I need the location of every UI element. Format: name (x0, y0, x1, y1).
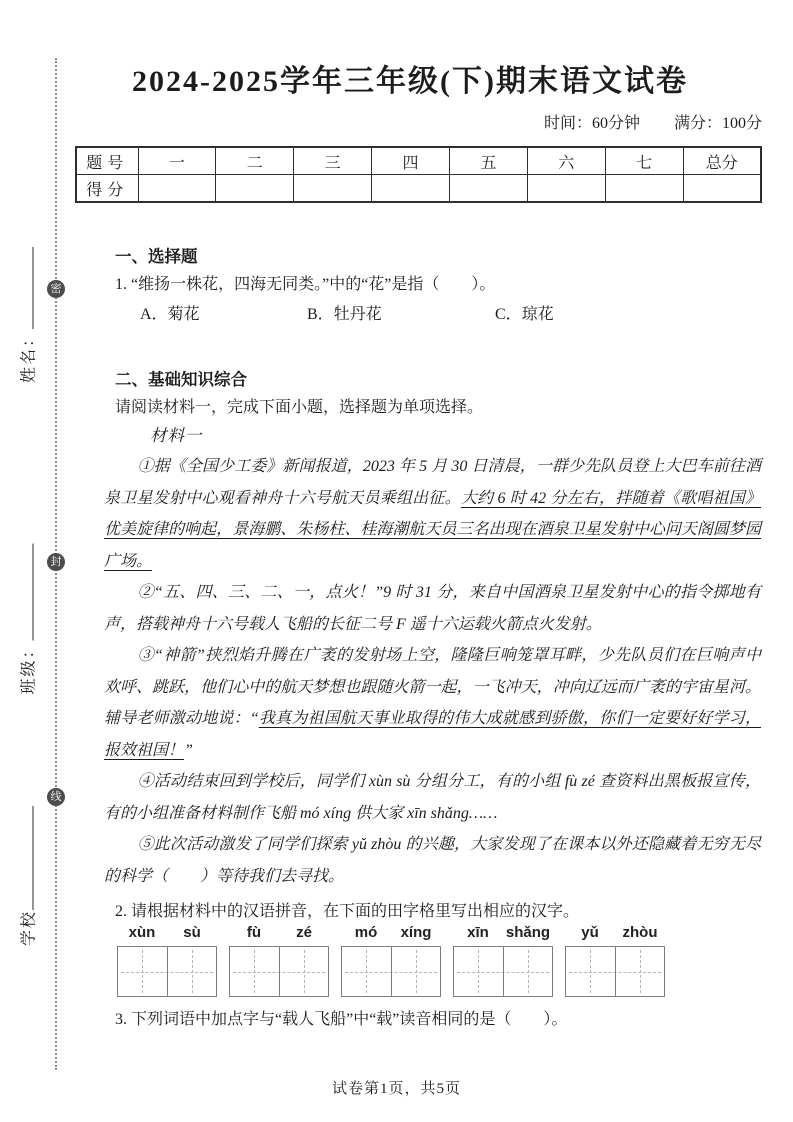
tianzige-box (229, 946, 329, 997)
score-cell (605, 175, 683, 203)
tianzige-group: yǔzhòu (565, 924, 665, 997)
material-text: ” (184, 742, 193, 759)
question1-options: A．菊花 B．牡丹花 C．琼花 (140, 301, 760, 324)
tianzige-cell (615, 947, 665, 996)
pinyin-labels: yǔzhòu (565, 924, 665, 946)
tianzige-cell (391, 947, 441, 996)
material-text: ④活动结束回到学校后，同学们 xùn sù 分组分工，有的小组 fù zé 查资… (104, 773, 761, 822)
score-table-header-cell: 总分 (683, 147, 761, 175)
pinyin-label: mó (341, 924, 391, 946)
material-title: 材料一 (150, 422, 203, 446)
pinyin-labels: fùzé (229, 924, 329, 946)
page-footer: 试卷第1页，共5页 (0, 1077, 793, 1098)
question1-text: 1. “维扬一株花，四海无同类。”中的“花”是指（ ）。 (115, 271, 761, 294)
material-text: ②“五、四、三、二、一，点火！”9 时 31 分，来自中国酒泉卫星发射中心的指令… (104, 584, 761, 633)
score-table-header-cell: 二 (216, 147, 294, 175)
score-table-corner-cell: 题号 (76, 147, 138, 175)
option-a: A．菊花 (140, 301, 303, 324)
pinyin-label: fù (229, 924, 279, 946)
tianzige-box (341, 946, 441, 997)
class-field-label: 班级： (16, 543, 39, 694)
material-text: ⑤此次活动激发了同学们探索 yǔ zhòu 的兴趣，大家发现了在课本以外还隐藏着… (104, 836, 761, 885)
seal-char-mi: 密 (47, 280, 65, 298)
full-score-label: 满分：100分 (674, 115, 762, 132)
tianzige-box (565, 946, 665, 997)
question3-text: 3. 下列词语中加点字与“载人飞船”中“载”读音相同的是（ ）。 (115, 1006, 761, 1029)
material-paragraph: ③“神箭”挟烈焰升腾在广袤的发射场上空，隆隆巨响笼罩耳畔，少先队员们在巨响声中欢… (104, 640, 761, 766)
school-field-label: 学校 (16, 806, 39, 946)
name-blank-line (20, 247, 34, 329)
seal-char-feng: 封 (47, 553, 65, 571)
tianzige-group: fùzé (229, 924, 329, 997)
pinyin-labels: xùnsù (117, 924, 217, 946)
question2-text: 2. 请根据材料中的汉语拼音，在下面的田字格里写出相应的汉字。 (115, 898, 761, 921)
score-table: 题号一二三四五六七总分 得分 (75, 146, 762, 203)
tianzige-cell (279, 947, 329, 996)
score-table-header-cell: 七 (605, 147, 683, 175)
tianzige-cell (167, 947, 217, 996)
option-c: C．琼花 (495, 301, 554, 324)
pinyin-label: sù (167, 924, 217, 946)
material-paragraph: ⑤此次活动激发了同学们探索 yǔ zhòu 的兴趣，大家发现了在课本以外还隐藏着… (104, 829, 761, 892)
class-label-text: 班级： (21, 640, 38, 694)
pinyin-labels: xīnshǎng (453, 924, 553, 946)
score-row-label: 得分 (76, 175, 138, 203)
material-paragraphs: ①据《全国少工委》新闻报道，2023 年 5 月 30 日清晨，一群少先队员登上… (104, 451, 761, 892)
score-table-header-cell: 五 (450, 147, 528, 175)
tianzige-cell (230, 947, 279, 996)
score-cell (683, 175, 761, 203)
score-cell (216, 175, 294, 203)
school-label-text: 学校 (21, 910, 38, 946)
pinyin-label: zé (279, 924, 329, 946)
score-cell (294, 175, 372, 203)
time-limit-label: 时间：60分钟 (544, 115, 640, 132)
tianzige-group: móxíng (341, 924, 441, 997)
name-label-text: 姓名： (21, 329, 38, 383)
class-blank-line (20, 543, 34, 640)
section2-intro: 请阅读材料一，完成下面小题，选择题为单项选择。 (115, 394, 761, 417)
section1-title: 一、选择题 (115, 243, 761, 267)
section2-title: 二、基础知识综合 (115, 366, 761, 390)
material-paragraph: ②“五、四、三、二、一，点火！”9 时 31 分，来自中国酒泉卫星发射中心的指令… (104, 577, 761, 640)
tianzige-group: xùnsù (117, 924, 217, 997)
tianzige-box (453, 946, 553, 997)
tianzige-cell (454, 947, 503, 996)
score-cell (450, 175, 528, 203)
pinyin-label: xùn (117, 924, 167, 946)
pinyin-labels: móxíng (341, 924, 441, 946)
tianzige-group: xīnshǎng (453, 924, 553, 997)
name-field-label: 姓名： (16, 247, 39, 383)
score-table-header-cell: 六 (527, 147, 605, 175)
tianzige-cell (118, 947, 167, 996)
paper-meta: 时间：60分钟满分：100分 (75, 110, 762, 133)
pinyin-label: shǎng (503, 924, 553, 946)
score-cell (527, 175, 605, 203)
school-blank-line (20, 806, 34, 910)
tianzige-cell (566, 947, 615, 996)
pinyin-label: yǔ (565, 924, 615, 946)
score-table-header-row: 题号一二三四五六七总分 (76, 147, 761, 175)
option-b: B．牡丹花 (307, 301, 491, 324)
tianzige-row: xùnsùfùzémóxíngxīnshǎngyǔzhòu (117, 924, 665, 997)
score-cell (372, 175, 450, 203)
material-paragraph: ①据《全国少工委》新闻报道，2023 年 5 月 30 日清晨，一群少先队员登上… (104, 451, 761, 577)
tianzige-cell (503, 947, 553, 996)
seal-char-xian: 线 (47, 788, 65, 806)
pinyin-label: xíng (391, 924, 441, 946)
tianzige-cell (342, 947, 391, 996)
pinyin-label: xīn (453, 924, 503, 946)
score-table-header-cell: 三 (294, 147, 372, 175)
pinyin-label: zhòu (615, 924, 665, 946)
score-table-header-cell: 一 (138, 147, 216, 175)
score-table-header-cell: 四 (372, 147, 450, 175)
paper-title: 2024-2025学年三年级(下)期末语文试卷 (60, 56, 760, 100)
score-table-score-row: 得分 (76, 175, 761, 203)
tianzige-box (117, 946, 217, 997)
exam-paper-page: 密 封 线 姓名： 班级： 学校 2024-2025学年三年级(下)期末语文试卷… (0, 0, 793, 1122)
score-cell (138, 175, 216, 203)
material-paragraph: ④活动结束回到学校后，同学们 xùn sù 分组分工，有的小组 fù zé 查资… (104, 766, 761, 829)
